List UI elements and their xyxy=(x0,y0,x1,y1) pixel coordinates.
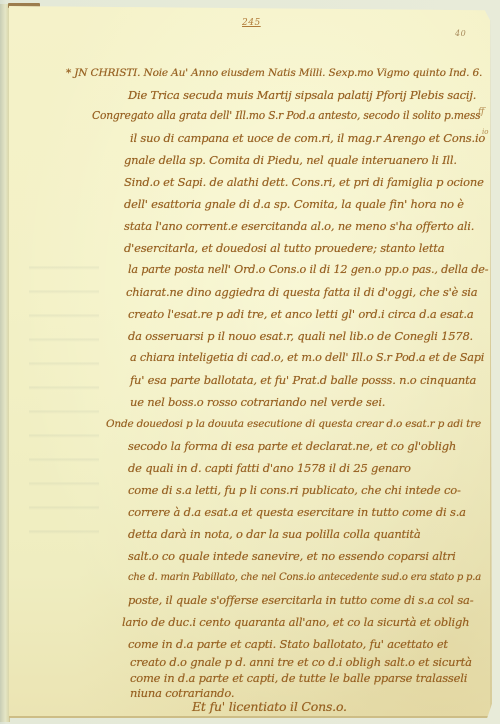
text-line: stata l'ano corrent.e esercitanda al.o, … xyxy=(124,219,474,233)
text-line: Onde douedosi p la douuta esecutione di … xyxy=(106,417,481,431)
margin-note: io xyxy=(482,128,488,136)
text-line: dell' esattoria gnale di d.a sp. Comita,… xyxy=(124,197,464,211)
text-line: gnale della sp. Comita di Piedu, nel qua… xyxy=(124,153,457,167)
text-line: secodo la forma di esa parte et declarat… xyxy=(128,439,456,453)
closing-line: Et fu' licentiato il Cons.o. xyxy=(192,700,347,714)
text-line: lario de duc.i cento quaranta all'ano, e… xyxy=(122,615,469,629)
text-line: come in d.a parte et capti, de tutte le … xyxy=(130,671,467,685)
text-line: da osseruarsi p il nouo esat.r, quali ne… xyxy=(128,329,473,343)
text-line: la parte posta nell' Ord.o Cons.o il di … xyxy=(128,263,488,277)
text-line: de quali in d. capti fatti d'ano 1578 il… xyxy=(128,461,411,475)
text-line: salt.o co quale intede sanevire, et no e… xyxy=(128,549,456,563)
text-line: come di s.a letti, fu p li cons.ri publi… xyxy=(128,483,461,497)
bleed-through-text xyxy=(29,246,99,546)
text-line: a chiara inteligetia di cad.o, et m.o de… xyxy=(130,351,484,365)
text-line: fu' esa parte ballotata, et fu' Prat.d b… xyxy=(130,373,476,387)
text-line: Die Trica secuda muis Martij sipsala pal… xyxy=(128,88,476,102)
page-edge xyxy=(0,4,10,722)
text-line: detta darà in nota, o dar la sua polilla… xyxy=(128,527,421,541)
text-line: * JN CHRISTI. Noie Au' Anno eiusdem Nati… xyxy=(66,66,482,80)
text-line: creato l'esat.re p adi tre, et anco lett… xyxy=(128,307,474,321)
text-line: come in d.a parte et capti. Stato ballot… xyxy=(128,637,448,651)
text-line: ue nel boss.o rosso cotrariando nel verd… xyxy=(130,395,385,409)
text-line: chiarat.ne dino aggiedra di questa fatta… xyxy=(126,285,477,299)
text-line: niuna cotrariando. xyxy=(130,686,234,700)
text-line: poste, il quale s'offerse esercitarla in… xyxy=(128,593,473,607)
text-line: il suo di campana et uoce de com.ri, il … xyxy=(130,131,485,145)
folio-number-corner: 40 xyxy=(455,29,466,38)
text-line: Sind.o et Sapi. de alathi dett. Cons.ri,… xyxy=(124,175,484,189)
margin-note: ff xyxy=(478,107,484,117)
text-line: creato d.o gnale p d. anni tre et co d.i… xyxy=(130,655,472,669)
text-line: correre à d.a esat.a et questa esercitar… xyxy=(128,505,466,519)
text-line: Congregato alla grata dell' Ill.mo S.r P… xyxy=(92,109,480,123)
folio-number-top: 245 xyxy=(242,18,261,28)
text-line: d'esercitarla, et douedosi al tutto prou… xyxy=(124,241,444,255)
text-line: che d. marin Pabillato, che nel Cons.io … xyxy=(128,571,481,585)
